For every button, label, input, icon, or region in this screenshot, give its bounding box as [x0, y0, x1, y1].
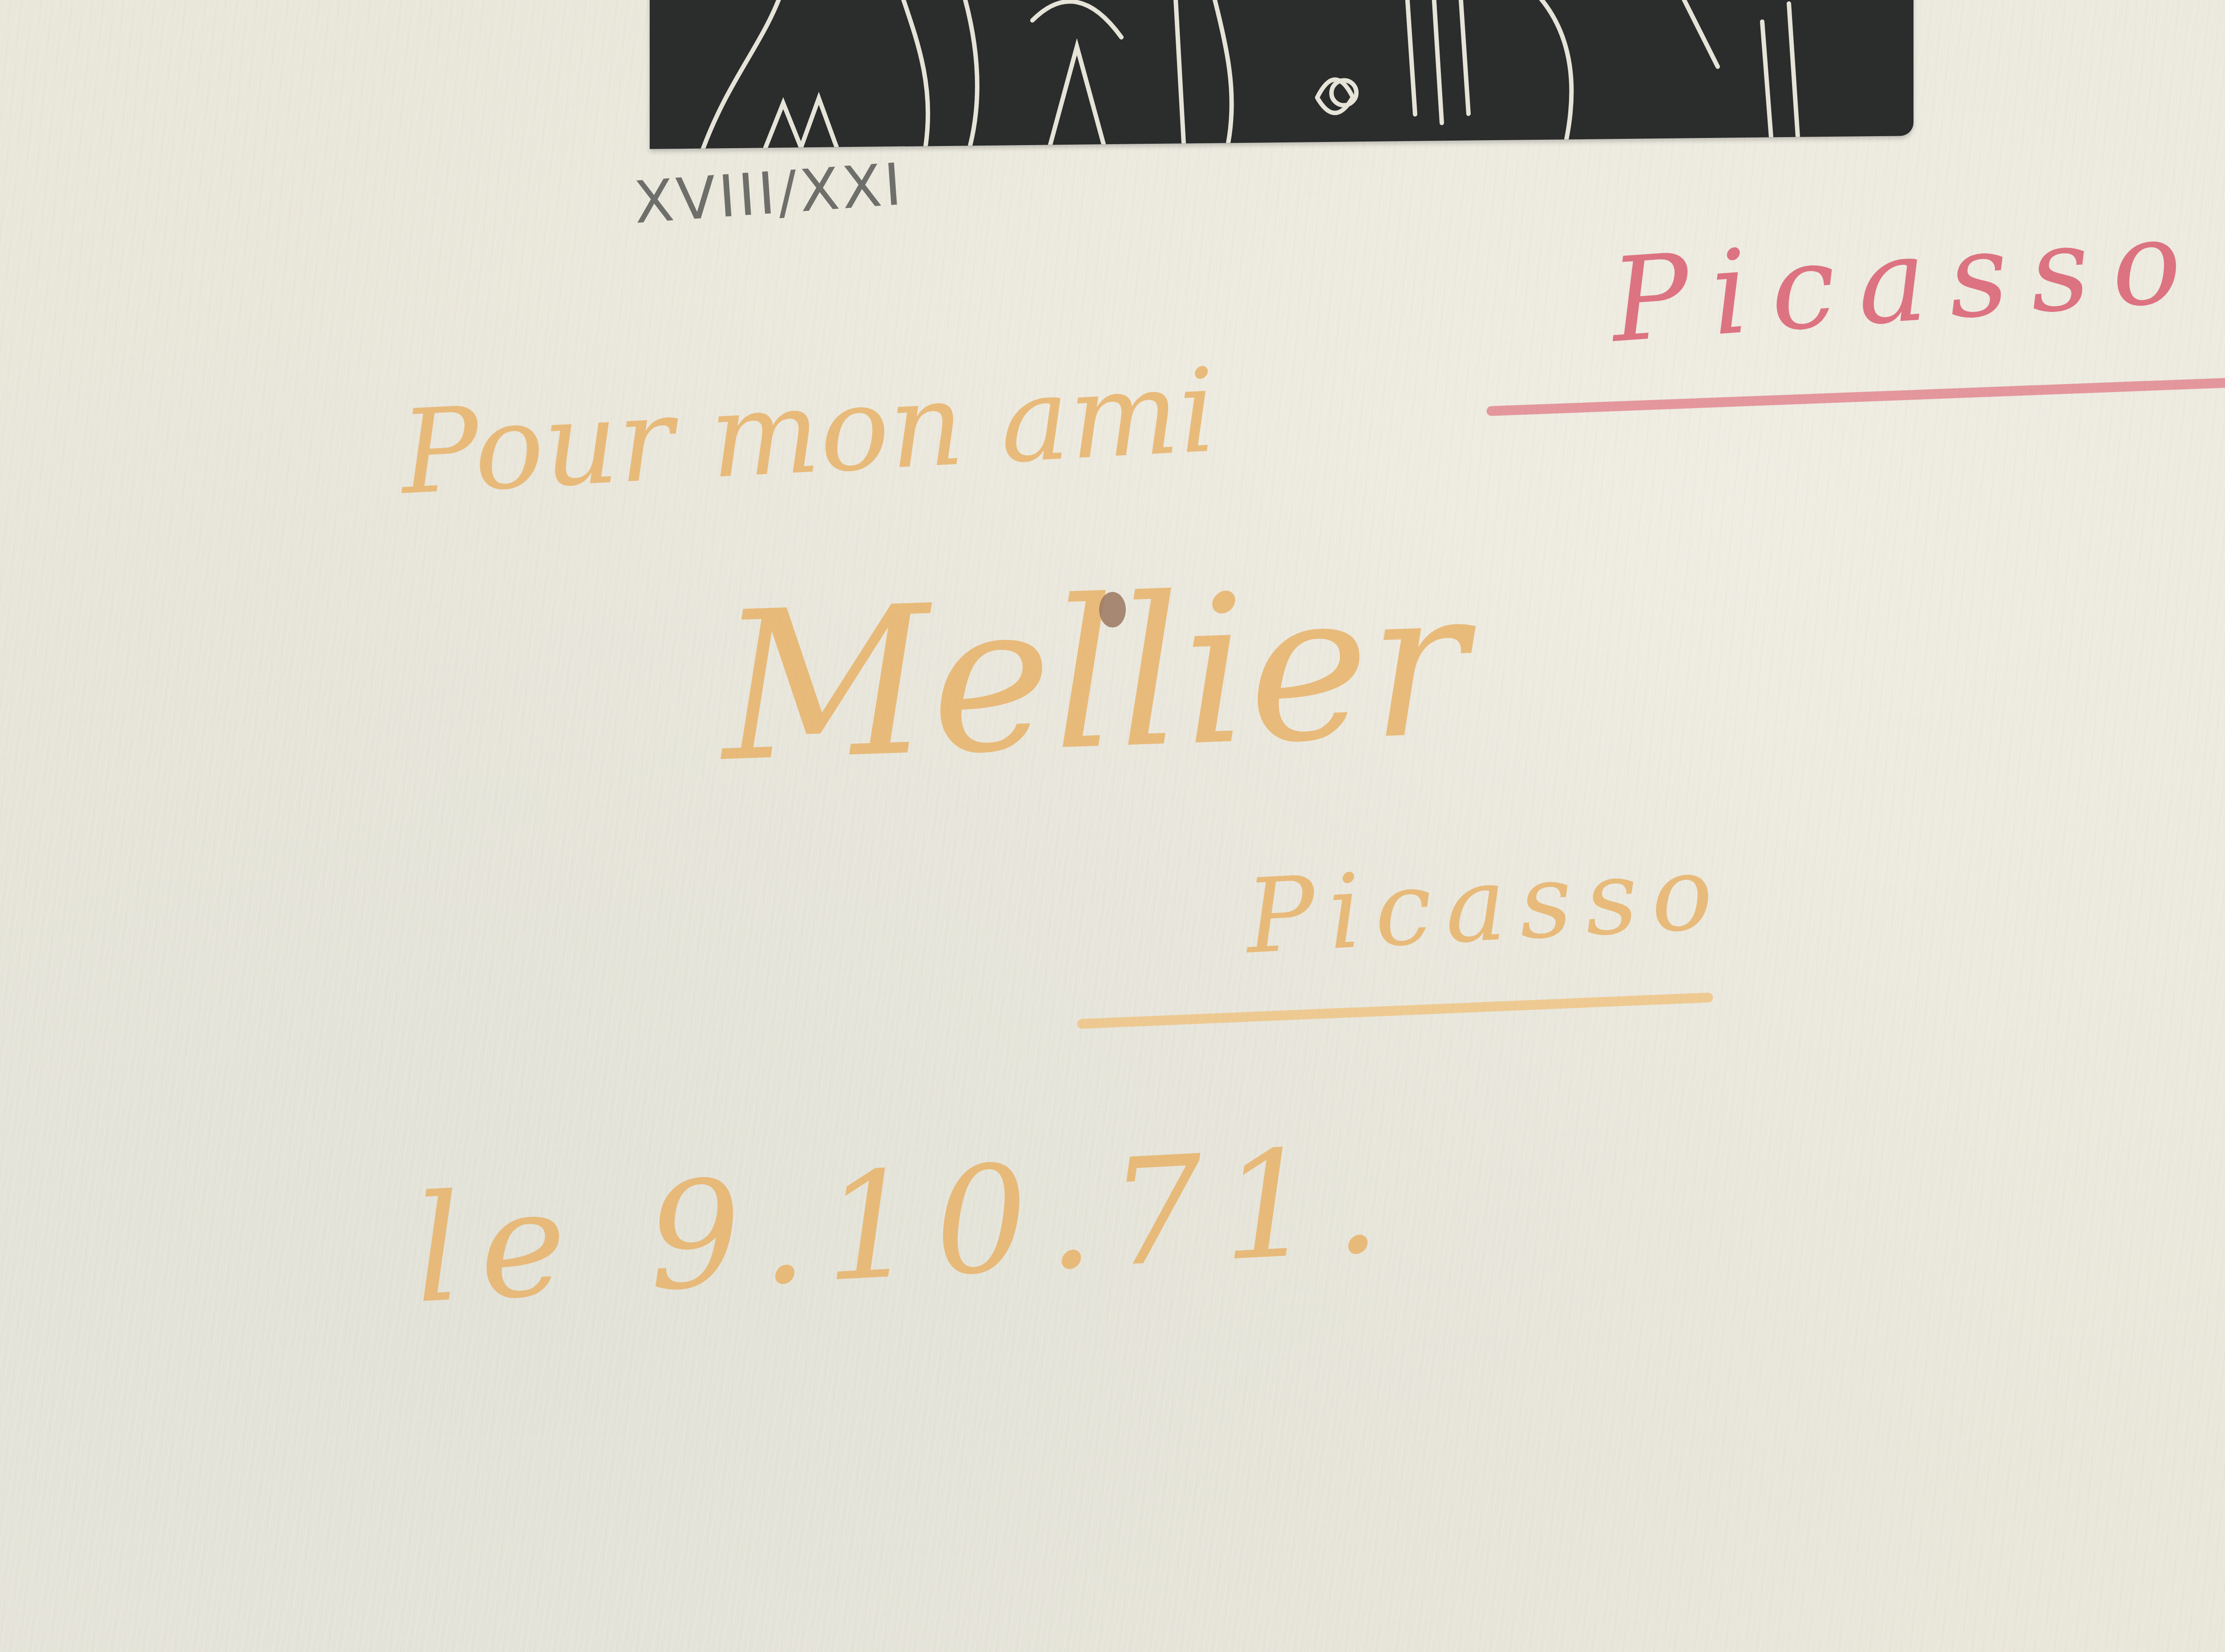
etching-lines-illustration — [650, 0, 1913, 149]
ink-stain — [1099, 592, 1126, 628]
recipient-name: Mellier — [717, 543, 1471, 807]
etching-plate — [650, 0, 1913, 149]
orange-crayon-signature: Picasso — [1243, 833, 1729, 977]
